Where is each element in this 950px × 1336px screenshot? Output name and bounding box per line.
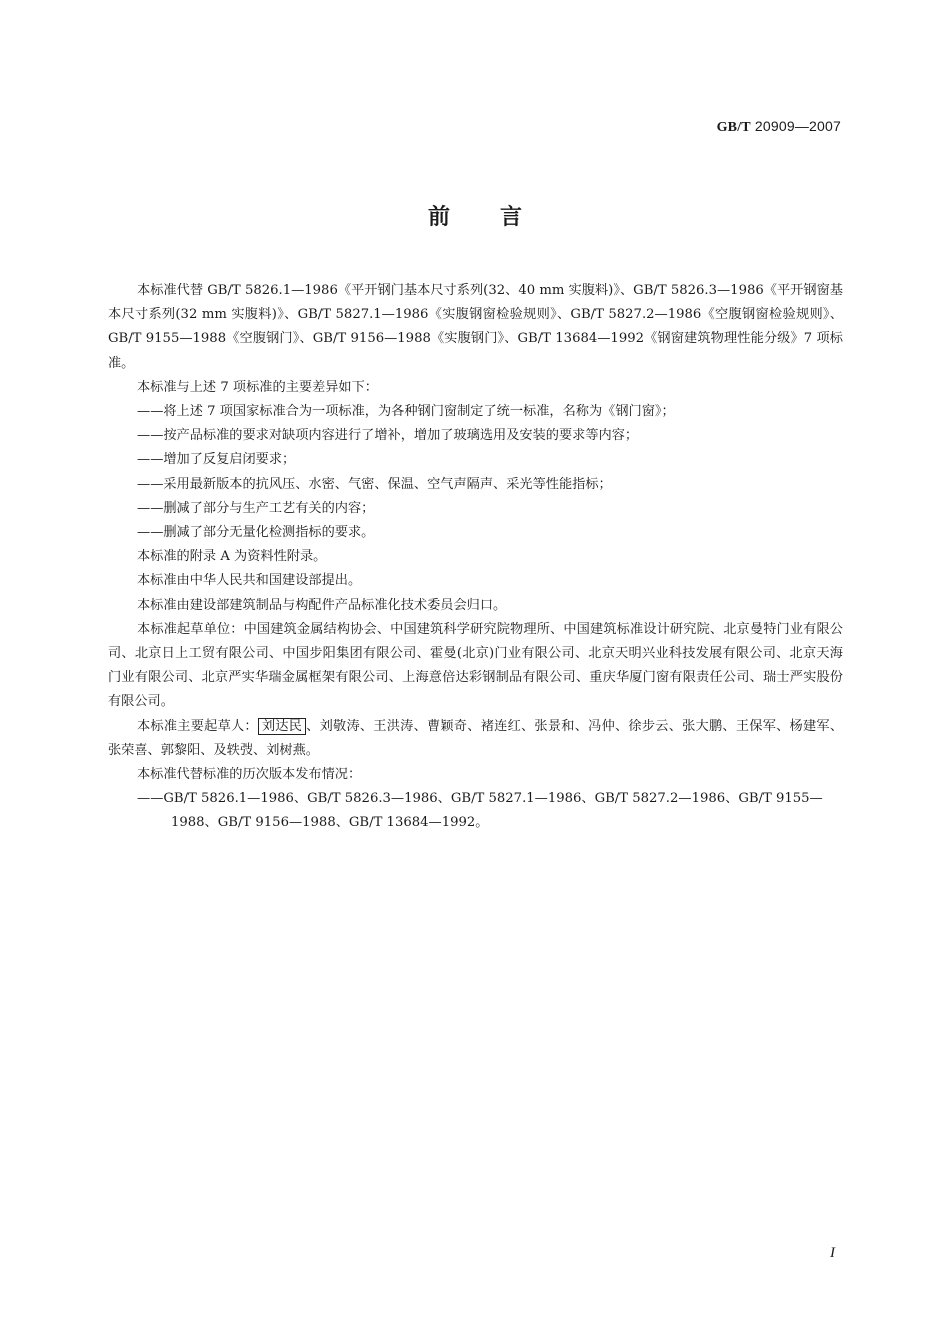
drafting-units-paragraph: 本标准起草单位：中国建筑金属结构协会、中国建筑科学研究院物理所、中国建筑标准设计… [108,618,843,715]
difference-item: ——删减了部分与生产工艺有关的内容； [108,497,843,521]
difference-item: ——按产品标准的要求对缺项内容进行了增补，增加了玻璃选用及安装的要求等内容； [108,424,843,448]
highlighted-drafter-name: 刘达民 [258,718,306,735]
proposed-by-paragraph: 本标准由中华人民共和国建设部提出。 [108,569,843,593]
difference-item: ——增加了反复启闭要求； [108,448,843,472]
drafters-paragraph: 本标准主要起草人：刘达民、刘敬涛、王洪涛、曹颖奇、褚连红、张景和、冯仲、徐步云、… [108,715,843,763]
page-number: I [830,1245,835,1262]
differences-intro: 本标准与上述 7 项标准的主要差异如下： [108,376,843,400]
difference-item: ——删减了部分无量化检测指标的要求。 [108,521,843,545]
standard-number: 20909—2007 [755,118,841,134]
standard-prefix: GB/T [717,120,751,135]
centralized-by-paragraph: 本标准由建设部建筑制品与构配件产品标准化技术委员会归口。 [108,594,843,618]
history-item: ——GB/T 5826.1—1986、GB/T 5826.3—1986、GB/T… [108,787,843,835]
history-intro: 本标准代替标准的历次版本发布情况： [108,763,843,787]
difference-item: ——采用最新版本的抗风压、水密、气密、保温、空气声隔声、采光等性能指标； [108,473,843,497]
replaces-paragraph: 本标准代替 GB/T 5826.1—1986《平开钢门基本尺寸系列(32、40 … [108,279,843,376]
appendix-paragraph: 本标准的附录 A 为资料性附录。 [108,545,843,569]
page-title: 前言 [0,200,950,231]
standard-code: GB/T 20909—2007 [717,118,841,136]
foreword-body: 本标准代替 GB/T 5826.1—1986《平开钢门基本尺寸系列(32、40 … [108,279,843,836]
drafters-label: 本标准主要起草人： [137,719,258,734]
difference-item: ——将上述 7 项国家标准合为一项标准，为各种钢门窗制定了统一标准，名称为《钢门… [108,400,843,424]
